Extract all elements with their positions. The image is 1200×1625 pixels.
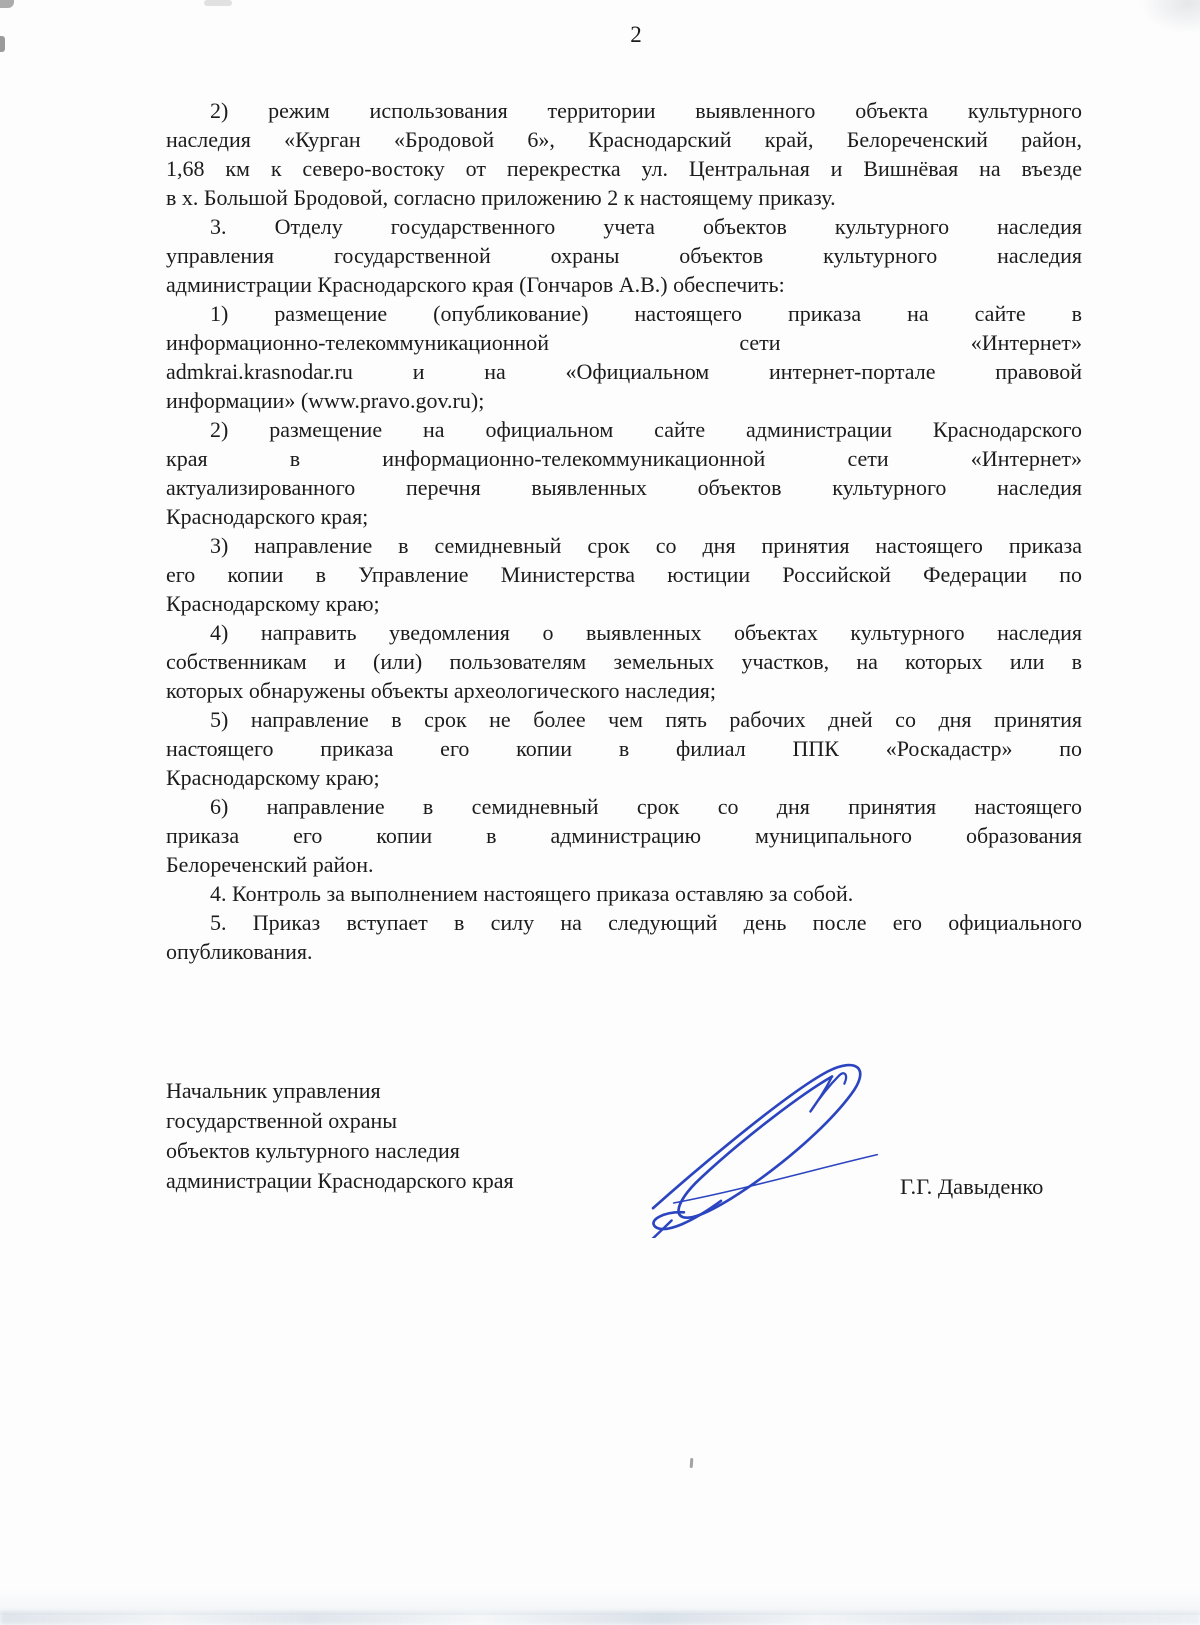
text-line: 1,68 км к северо-востоку от перекрестка …	[166, 154, 1082, 183]
text-line: опубликования.	[166, 937, 1082, 966]
paragraph: 2) режим использования территории выявле…	[166, 96, 1082, 212]
text-line: admkrai.krasnodar.ru и на «Официальном и…	[166, 357, 1082, 386]
text-line: Краснодарскому краю;	[166, 763, 1082, 792]
document-page: 2 2) режим использования территории выяв…	[0, 0, 1200, 1625]
text-line: в х. Большой Бродовой, согласно приложен…	[166, 183, 1082, 212]
scan-artifact-top	[204, 0, 232, 6]
text-line: 3. Отделу государственного учета объекто…	[166, 212, 1082, 241]
text-line: приказа его копии в администрацию муници…	[166, 821, 1082, 850]
scan-artifact-bottom-haze	[0, 1589, 1200, 1615]
paragraph: 3) направление в семидневный срок со дня…	[166, 531, 1082, 618]
text-line: наследия «Курган «Бродовой 6», Краснодар…	[166, 125, 1082, 154]
signature-title-line: объектов культурного наследия	[166, 1136, 646, 1166]
text-line: информации» (www.pravo.gov.ru);	[166, 386, 1082, 415]
text-line: 2) размещение на официальном сайте админ…	[166, 415, 1082, 444]
text-line: его копии в Управление Министерства юсти…	[166, 560, 1082, 589]
text-line: собственникам и (или) пользователям земе…	[166, 647, 1082, 676]
scan-artifact-corner	[0, 0, 14, 8]
signature-title-line: администрации Краснодарского края	[166, 1166, 646, 1196]
paragraph: 3. Отделу государственного учета объекто…	[166, 212, 1082, 299]
text-line: администрации Краснодарского края (Гонча…	[166, 270, 1082, 299]
text-line: 4. Контроль за выполнением настоящего пр…	[166, 879, 1082, 908]
text-line: 5) направление в срок не более чем пять …	[166, 705, 1082, 734]
text-line: управления государственной охраны объект…	[166, 241, 1082, 270]
text-line: Белореченский район.	[166, 850, 1082, 879]
paragraph: 5) направление в срок не более чем пять …	[166, 705, 1082, 792]
signature-title-line: государственной охраны	[166, 1106, 646, 1136]
text-line: настоящего приказа его копии в филиал ПП…	[166, 734, 1082, 763]
text-line: Краснодарского края;	[166, 502, 1082, 531]
text-line: 1) размещение (опубликование) настоящего…	[166, 299, 1082, 328]
paragraph: 2) размещение на официальном сайте админ…	[166, 415, 1082, 531]
paragraph: 5. Приказ вступает в силу на следующий д…	[166, 908, 1082, 966]
paragraph: 4) направить уведомления о выявленных об…	[166, 618, 1082, 705]
signer-name: Г.Г. Давыденко	[900, 1172, 1043, 1202]
document-body: 2) режим использования территории выявле…	[166, 96, 1082, 966]
signature-title-line: Начальник управления	[166, 1076, 646, 1106]
text-line: края в информационно-телекоммуникационно…	[166, 444, 1082, 473]
text-line: 5. Приказ вступает в силу на следующий д…	[166, 908, 1082, 937]
handwritten-signature-icon	[628, 1058, 890, 1238]
text-line: актуализированного перечня выявленных об…	[166, 473, 1082, 502]
text-line: 6) направление в семидневный срок со дня…	[166, 792, 1082, 821]
scan-artifact-speck	[690, 1458, 694, 1468]
text-line: информационно-телекоммуникационной сети …	[166, 328, 1082, 357]
text-line: 3) направление в семидневный срок со дня…	[166, 531, 1082, 560]
text-line: 4) направить уведомления о выявленных об…	[166, 618, 1082, 647]
text-line: которых обнаружены объекты археологическ…	[166, 676, 1082, 705]
text-line: Краснодарскому краю;	[166, 589, 1082, 618]
paragraph: 4. Контроль за выполнением настоящего пр…	[166, 879, 1082, 908]
scan-artifact-left-edge	[0, 36, 5, 52]
paragraph: 6) направление в семидневный срок со дня…	[166, 792, 1082, 879]
scan-artifact-bottom-band	[0, 1612, 1200, 1625]
paragraph: 1) размещение (опубликование) настоящего…	[166, 299, 1082, 415]
page-number: 2	[36, 22, 1200, 48]
signature-title-block: Начальник управлениягосударственной охра…	[166, 1076, 646, 1196]
text-line: 2) режим использования территории выявле…	[166, 96, 1082, 125]
